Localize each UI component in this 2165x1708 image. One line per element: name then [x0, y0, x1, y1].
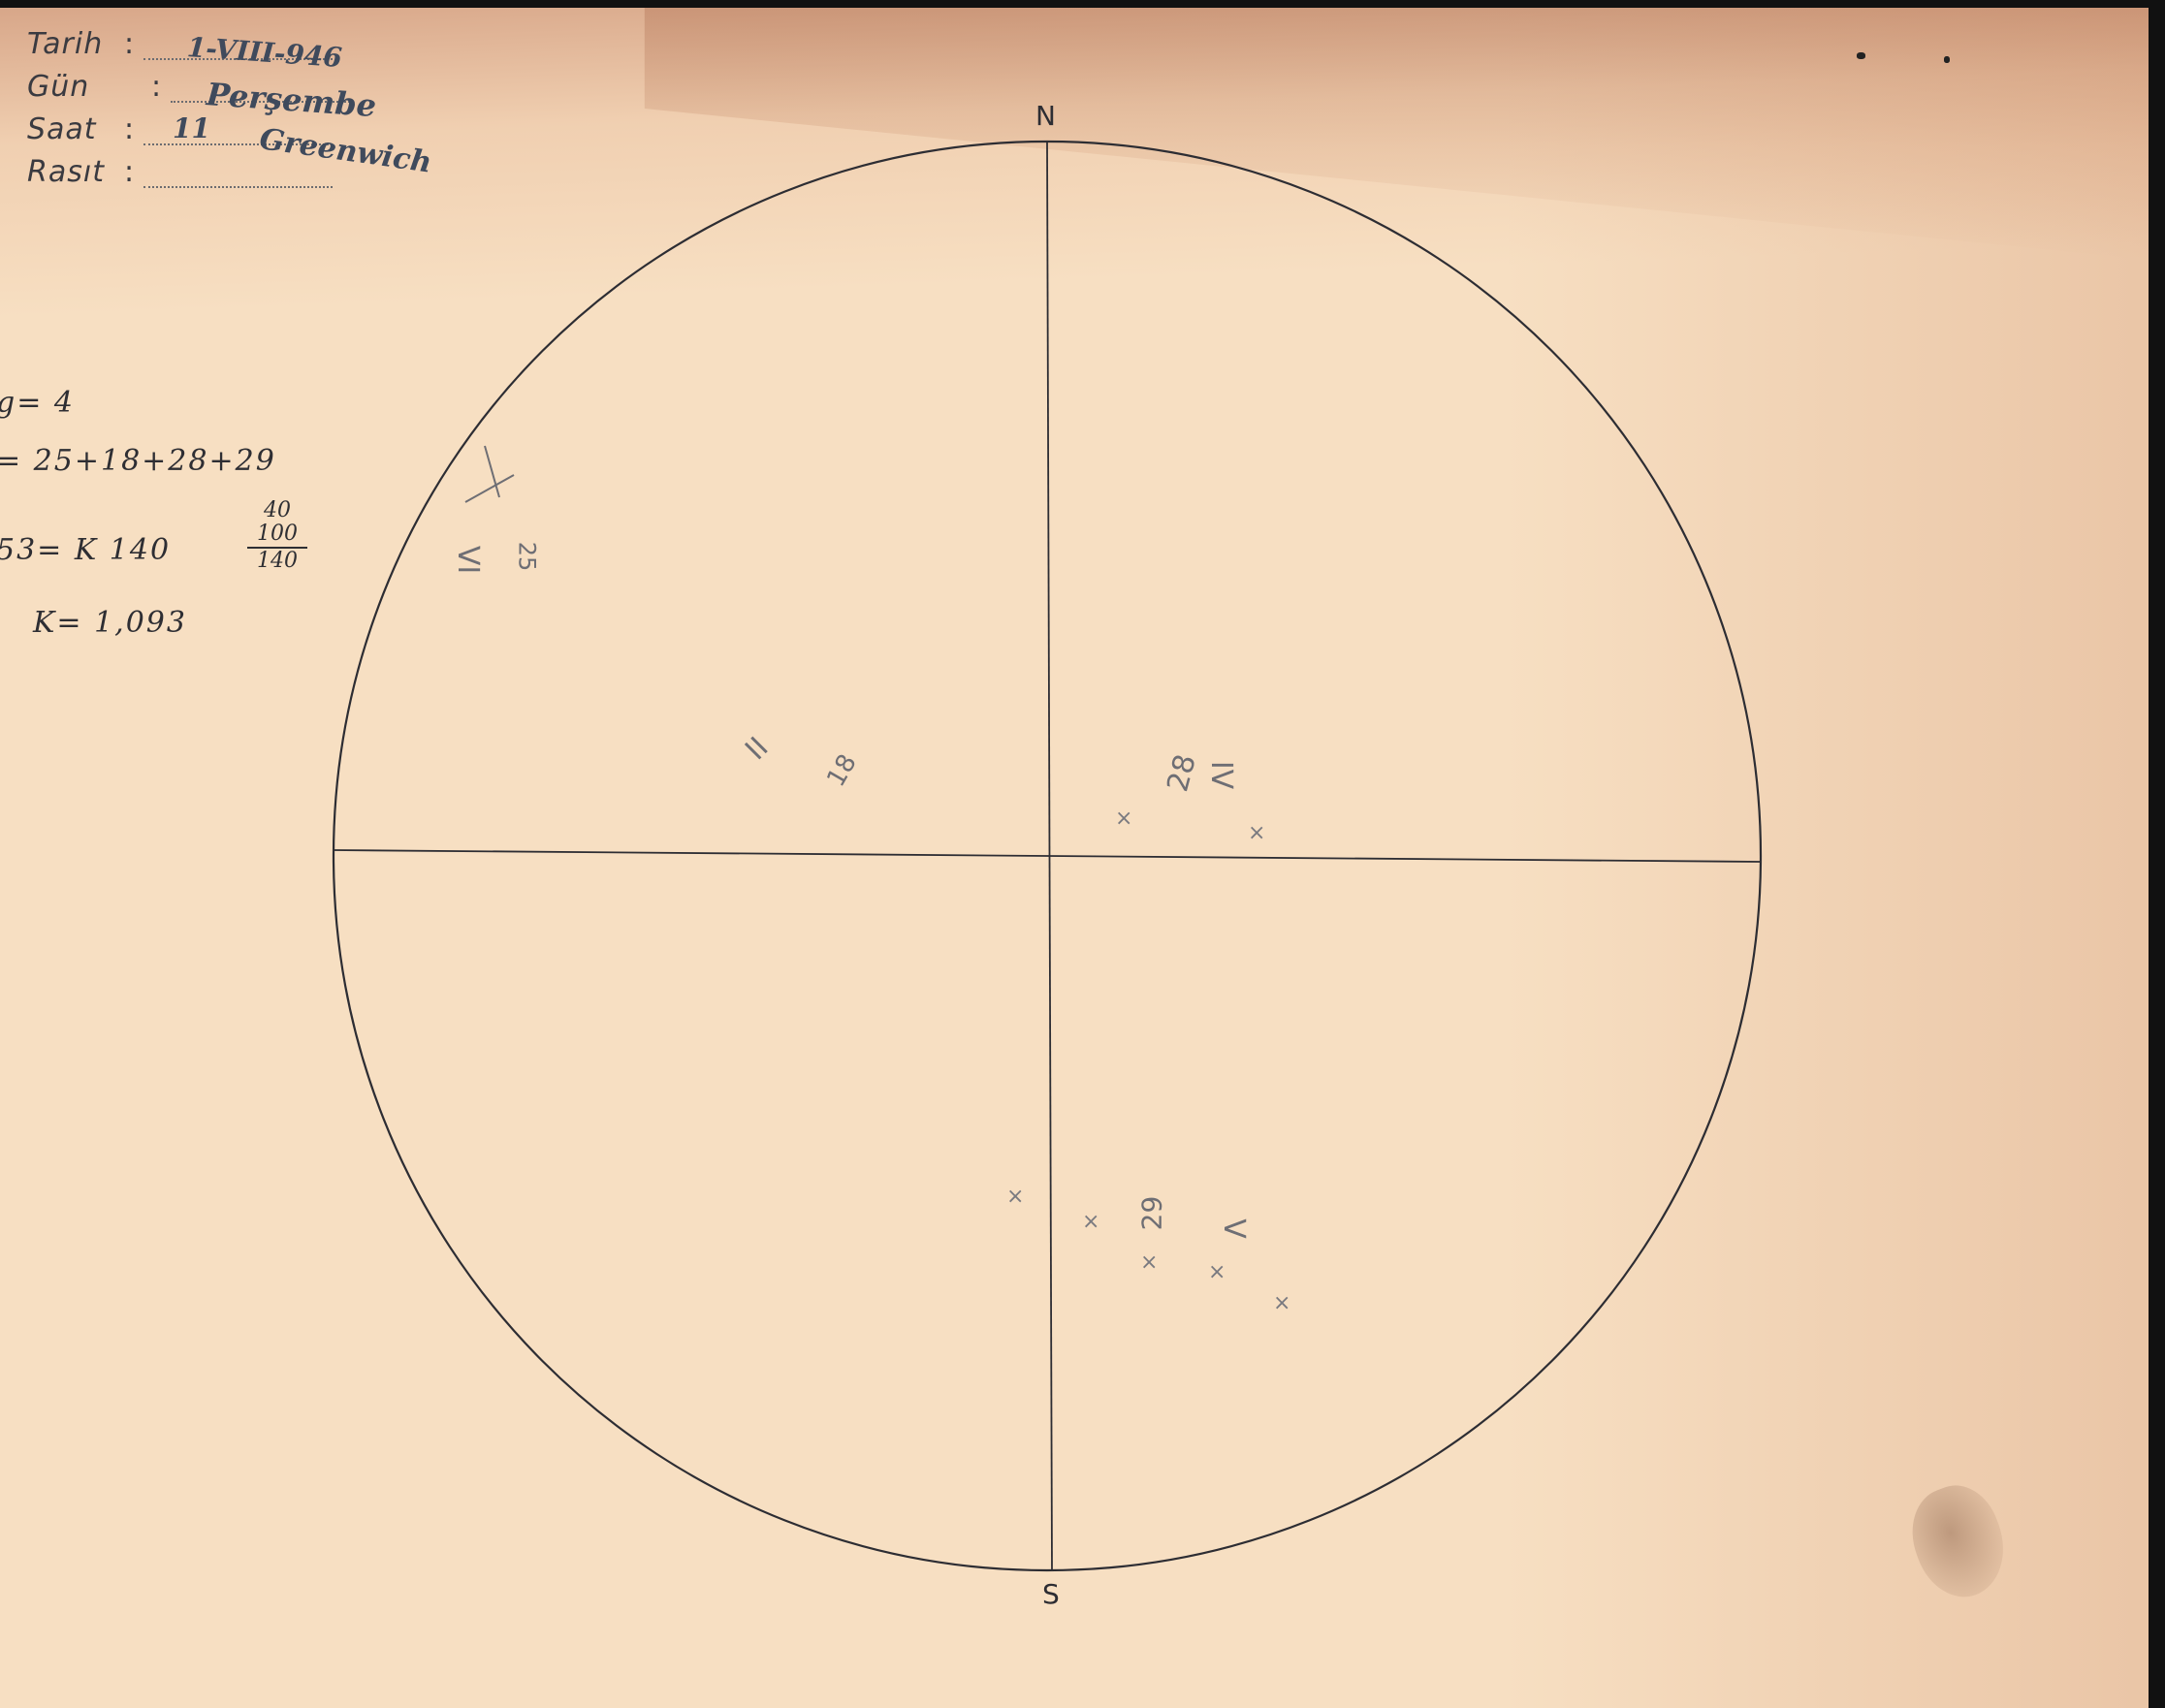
group-count-v: 29: [1135, 1196, 1167, 1231]
group-label-v: V: [1217, 1218, 1251, 1239]
group-label-iv: IV: [1204, 761, 1238, 789]
spot-mark: ×: [1140, 1250, 1158, 1275]
group-count-vi: 25: [513, 542, 540, 572]
spot-mark: ×: [1082, 1210, 1099, 1234]
solar-disk-diagram: [0, 0, 2165, 1708]
spot-mark: ×: [1248, 821, 1265, 845]
group-label-vi: VI: [451, 546, 485, 574]
spot-mark: ×: [1273, 1291, 1290, 1315]
east-west-axis: [334, 850, 1761, 862]
spot-cross-stroke: [465, 475, 514, 502]
south-label: S: [1042, 1578, 1060, 1610]
spot-mark: ×: [1115, 807, 1132, 831]
north-label: N: [1035, 100, 1056, 132]
spot-mark: ×: [1006, 1185, 1024, 1209]
spot-mark: ×: [1208, 1260, 1226, 1284]
